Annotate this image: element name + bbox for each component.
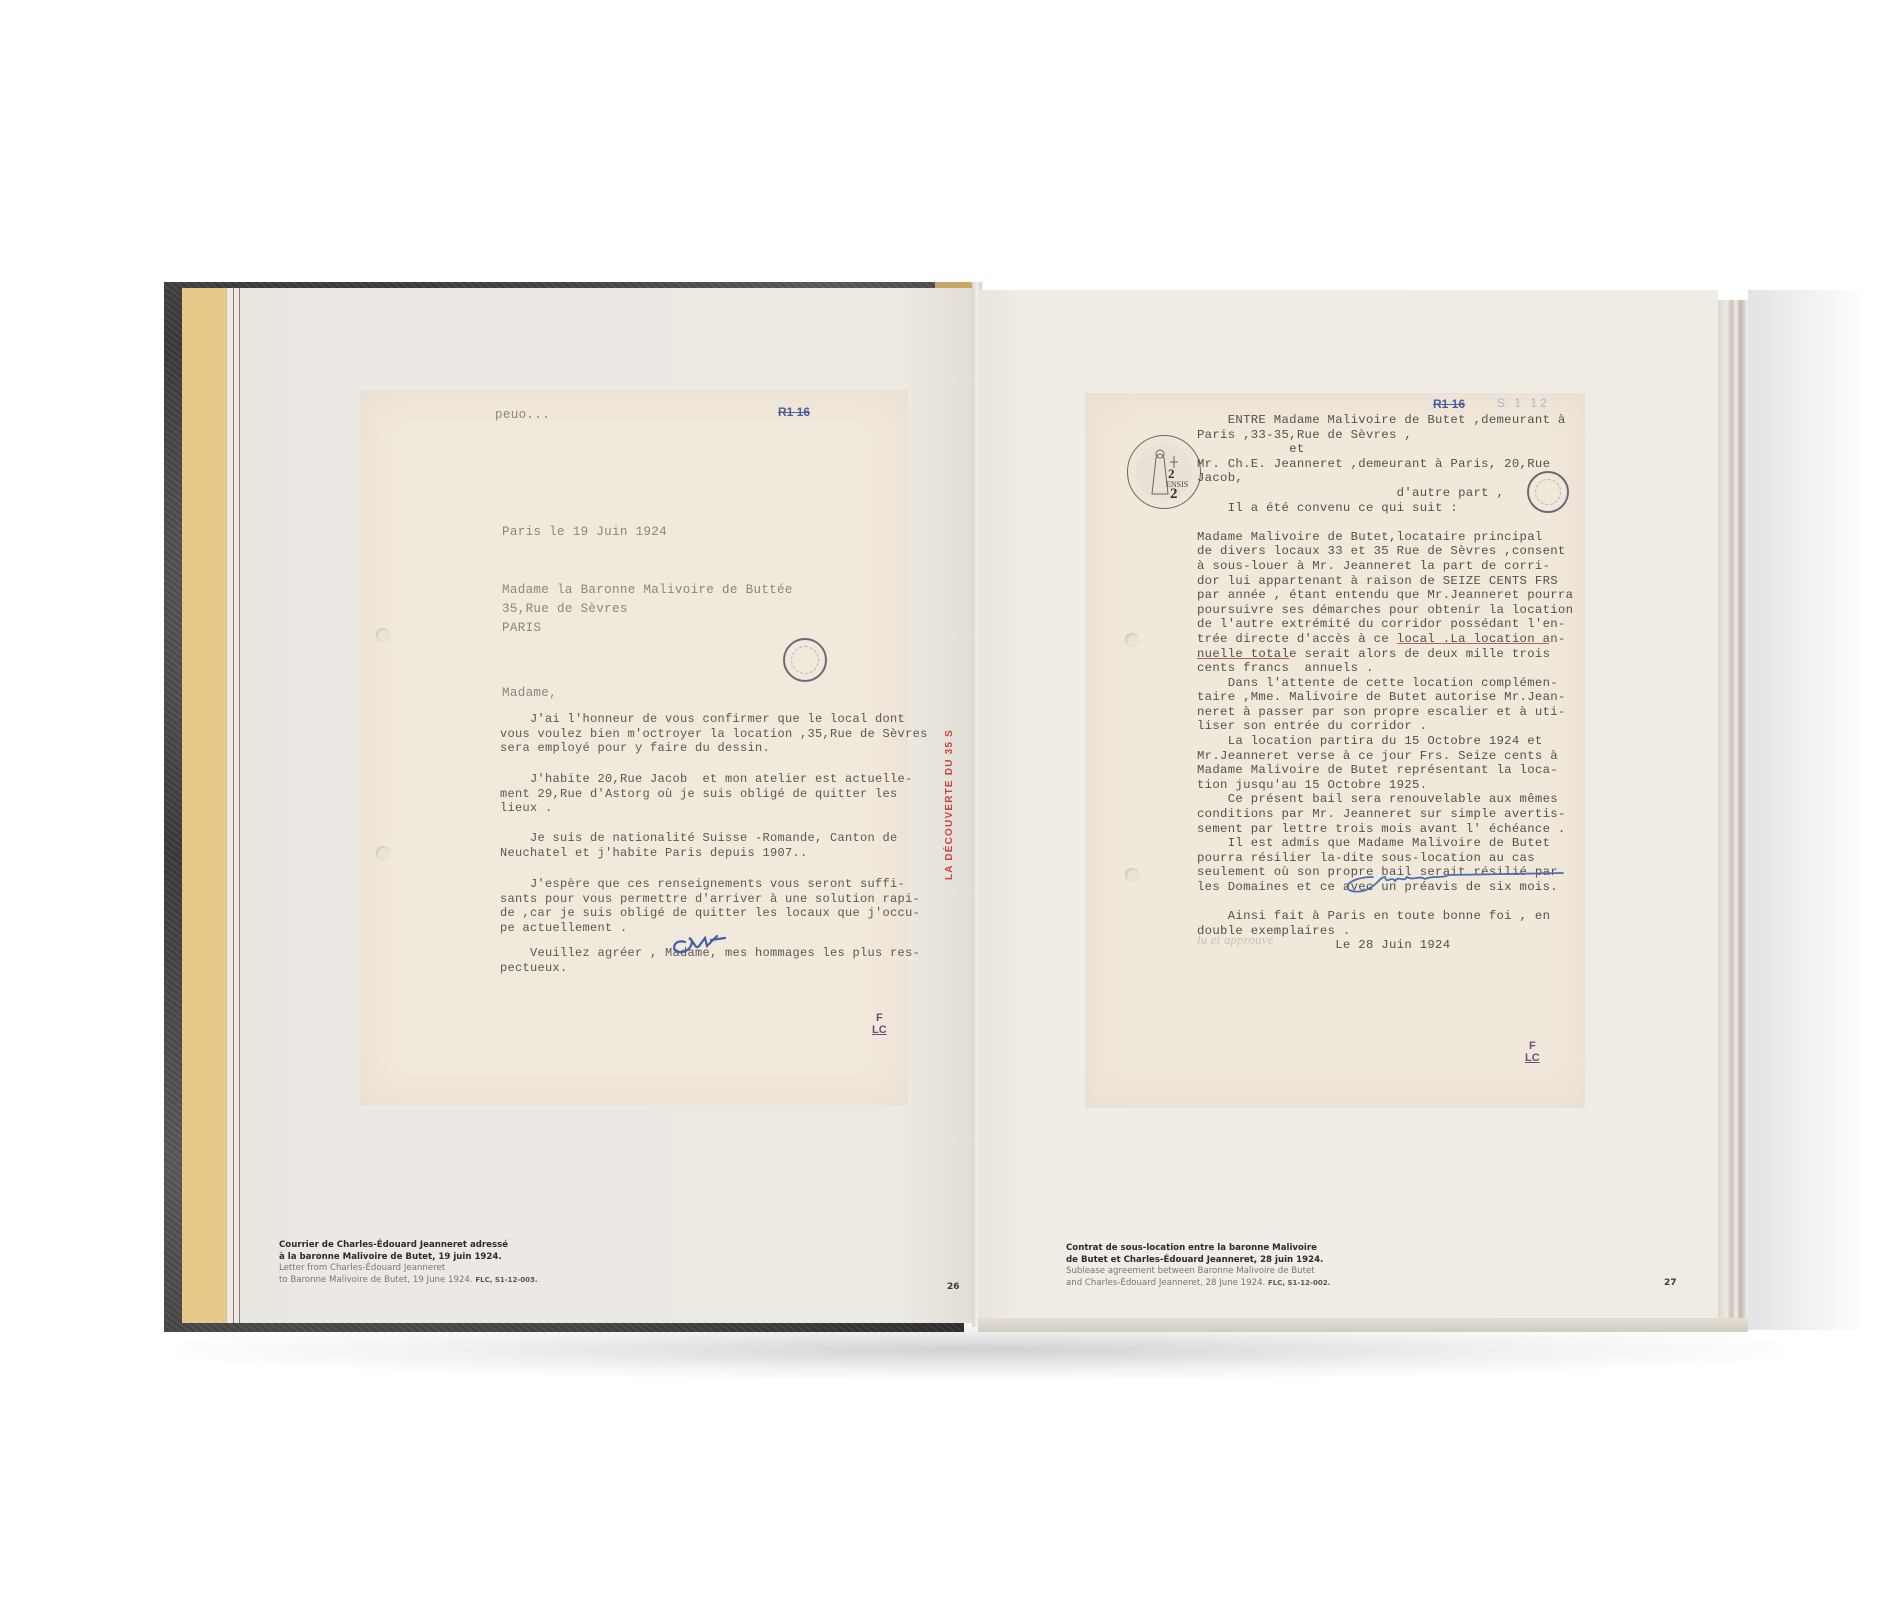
letter-paragraph-2: J'habite 20,Rue Jacob et mon atelier est… bbox=[500, 772, 913, 816]
round-ink-stamp bbox=[783, 638, 827, 682]
red-underline bbox=[1197, 658, 1289, 659]
caption-fr-line-1: Courrier de Charles-Édouard Jeanneret ad… bbox=[279, 1240, 538, 1252]
caption-en-text: to Baronne Malivoire de Butet, 19 June 1… bbox=[279, 1275, 473, 1285]
endpaper bbox=[182, 288, 227, 1323]
punch-hole bbox=[1125, 633, 1139, 647]
right-caption: Contrat de sous-location entre la baronn… bbox=[1066, 1243, 1330, 1289]
reference-stamp-faint: S 1 12 bbox=[1497, 396, 1550, 410]
punch-hole bbox=[376, 846, 390, 860]
red-underline bbox=[1397, 643, 1549, 644]
caption-archive-ref: FLC, S1-12-003. bbox=[475, 1276, 537, 1284]
right-page-bottom-edge bbox=[978, 1318, 1748, 1332]
caption-archive-ref: FLC, S1-12-002. bbox=[1268, 1279, 1330, 1287]
running-title: LA DÉCOUVERTE DU 35 S bbox=[944, 729, 955, 880]
fiscal-stamp-value: 2 bbox=[1170, 486, 1178, 503]
marianne-figure-icon bbox=[1128, 436, 1200, 508]
page-edge-fade bbox=[1748, 290, 1868, 1330]
page-number-right: 27 bbox=[1664, 1278, 1677, 1288]
archive-mark-f: F bbox=[1529, 1040, 1536, 1052]
archive-mark-lc: LC bbox=[1525, 1052, 1540, 1064]
archive-mark-lc: LC bbox=[872, 1024, 887, 1036]
letter-header-faint: peuo... bbox=[495, 408, 550, 423]
archive-mark: F LC bbox=[872, 1012, 887, 1036]
caption-fr-line-2: de Butet et Charles-Édouard Jeanneret, 2… bbox=[1066, 1255, 1330, 1267]
caption-en-line-2: and Charles-Édouard Jeanneret, 28 June 1… bbox=[1066, 1278, 1330, 1290]
signature-icon bbox=[665, 920, 735, 960]
caption-en-line-1: Sublease agreement between Baronne Maliv… bbox=[1066, 1266, 1330, 1278]
caption-fr-line-2: à la baronne Malivoire de Butet, 19 juin… bbox=[279, 1252, 538, 1264]
punch-hole bbox=[376, 628, 390, 642]
letter-paragraph-1: J'ai l'honneur de vous confirmer que le … bbox=[500, 712, 928, 756]
letter-address-line-3: PARIS bbox=[502, 621, 541, 636]
signature-icon bbox=[1333, 863, 1573, 903]
archive-mark-f: F bbox=[876, 1012, 883, 1024]
letter-document: peuo... R1 16 Paris le 19 Juin 1924 Mada… bbox=[360, 390, 908, 1105]
right-page-edges bbox=[1718, 300, 1748, 1325]
caption-en-line-2: to Baronne Malivoire de Butet, 19 June 1… bbox=[279, 1275, 538, 1287]
left-caption: Courrier de Charles-Édouard Jeanneret ad… bbox=[279, 1240, 538, 1286]
reference-stamp: R1 16 bbox=[1433, 397, 1465, 411]
fiscal-stamp-seal: 2 ENSIS 2 bbox=[1127, 435, 1201, 509]
letter-date: Paris le 19 Juin 1924 bbox=[502, 525, 667, 540]
reference-stamp: R1 16 bbox=[778, 405, 810, 419]
contract-document: R1 16 S 1 12 2 ENSIS 2 ENTRE Madame Mali… bbox=[1085, 393, 1585, 1108]
caption-fr-line-1: Contrat de sous-location entre la baronn… bbox=[1066, 1243, 1330, 1255]
letter-address-line-2: 35,Rue de Sèvres bbox=[502, 602, 628, 617]
caption-en-line-1: Letter from Charles-Édouard Jeanneret bbox=[279, 1263, 538, 1275]
letter-address-line-1: Madame la Baronne Malivoire de Buttée bbox=[502, 583, 793, 598]
faint-handwriting: lu et approuvé bbox=[1197, 933, 1273, 948]
caption-en-text: and Charles-Édouard Jeanneret, 28 June 1… bbox=[1066, 1278, 1265, 1288]
punch-hole bbox=[1125, 868, 1139, 882]
page-number-left: 26 bbox=[947, 1282, 960, 1292]
letter-salutation: Madame, bbox=[502, 686, 557, 701]
letter-paragraph-3: Je suis de nationalité Suisse -Romande, … bbox=[500, 831, 898, 860]
archive-mark: F LC bbox=[1525, 1040, 1540, 1064]
